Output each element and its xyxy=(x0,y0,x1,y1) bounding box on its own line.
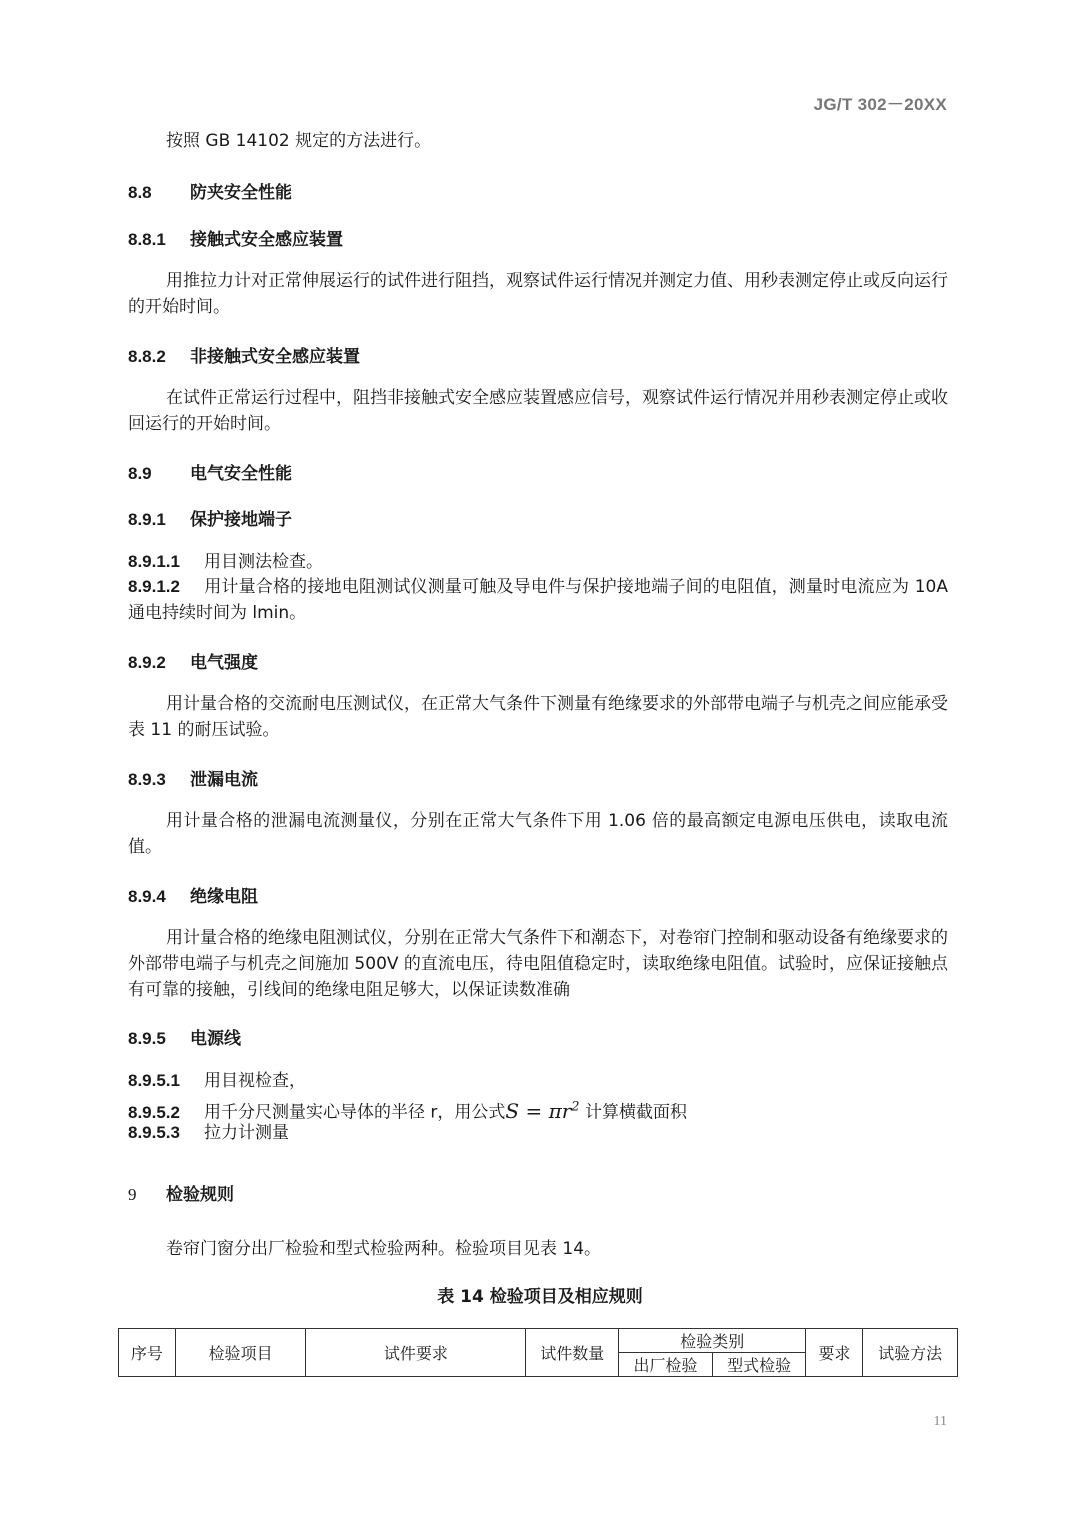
col-requirement: 要求 xyxy=(806,1329,863,1377)
clause-text: 用目视检查， xyxy=(204,1071,306,1091)
inspection-rules-table: 序号 检验项目 试件要求 试件数量 检验类别 要求 试验方法 出厂检验 型式检验 xyxy=(118,1328,958,1377)
paragraph-8-8-2: 在试件正常运行过程中，阻挡非接触式安全感应装置感应信号，观察试件运行情况并用秒表… xyxy=(128,385,948,437)
col-method: 试验方法 xyxy=(863,1329,958,1377)
heading-number: 9 xyxy=(128,1185,166,1205)
col-sample-qty: 试件数量 xyxy=(526,1329,619,1377)
clause-8-9-5-1: 8.9.5.1用目视检查， xyxy=(128,1068,306,1094)
col-type: 型式检验 xyxy=(712,1353,806,1377)
formula-body: S = πr xyxy=(505,1099,571,1123)
heading-8-8-2: 8.8.2非接触式安全感应装置 xyxy=(128,342,360,367)
heading-9: 9检验规则 xyxy=(128,1180,234,1205)
col-seq: 序号 xyxy=(119,1329,176,1377)
heading-number: 8.8 xyxy=(128,183,190,203)
heading-8-8: 8.8防夹安全性能 xyxy=(128,178,292,203)
clause-8-9-1-2: 8.9.1.2用计量合格的接地电阻测试仪测量可触及导电件与保护接地端子间的电阻值… xyxy=(128,574,948,626)
heading-title: 电源线 xyxy=(190,1029,241,1049)
formula-exponent: 2 xyxy=(571,1099,579,1114)
heading-8-8-1: 8.8.1接触式安全感应装置 xyxy=(128,225,343,250)
paragraph-8-9-2: 用计量合格的交流耐电压测试仪，在正常大气条件下测量有绝缘要求的外部带电端子与机壳… xyxy=(128,691,948,743)
clause-8-9-5-3: 8.9.5.3拉力计测量 xyxy=(128,1120,289,1146)
heading-title: 保护接地端子 xyxy=(190,510,292,530)
clause-text: 用计量合格的接地电阻测试仪测量可触及导电件与保护接地端子间的电阻值，测量时电流应… xyxy=(128,577,948,623)
col-item: 检验项目 xyxy=(175,1329,306,1377)
paragraph-9: 卷帘门窗分出厂检验和型式检验两种。检验项目见表 14。 xyxy=(166,1236,946,1262)
paragraph-8-9-3: 用计量合格的泄漏电流测量仪，分别在正常大气条件下用 1.06 倍的最高额定电源电… xyxy=(128,808,948,860)
heading-title: 电气安全性能 xyxy=(190,464,292,484)
clause-number: 8.9.5.1 xyxy=(128,1068,204,1094)
heading-number: 8.9.1 xyxy=(128,510,190,530)
heading-8-9-2: 8.9.2电气强度 xyxy=(128,648,258,673)
heading-title: 非接触式安全感应装置 xyxy=(190,347,360,367)
heading-number: 8.9 xyxy=(128,464,190,484)
table-header-row: 序号 检验项目 试件要求 试件数量 检验类别 要求 试验方法 xyxy=(119,1329,958,1353)
heading-number: 8.8.1 xyxy=(128,230,190,250)
clause-8-9-1-1: 8.9.1.1用目测法检查。 xyxy=(128,549,323,575)
col-category: 检验类别 xyxy=(619,1329,806,1353)
heading-title: 防夹安全性能 xyxy=(190,183,292,203)
col-factory: 出厂检验 xyxy=(619,1353,713,1377)
clause-text: 用目测法检查。 xyxy=(204,552,323,572)
heading-title: 绝缘电阻 xyxy=(190,887,258,907)
heading-number: 8.9.5 xyxy=(128,1029,190,1049)
clause-number: 8.9.1.1 xyxy=(128,549,204,575)
area-formula: S = πr2 xyxy=(505,1099,579,1123)
col-sample-req: 试件要求 xyxy=(306,1329,526,1377)
heading-title: 电气强度 xyxy=(190,653,258,673)
clause-number: 8.9.1.2 xyxy=(128,574,204,600)
heading-8-9-4: 8.9.4绝缘电阻 xyxy=(128,882,258,907)
heading-number: 8.9.4 xyxy=(128,887,190,907)
heading-8-9-5: 8.9.5电源线 xyxy=(128,1024,241,1049)
heading-number: 8.9.2 xyxy=(128,653,190,673)
clause-number: 8.9.5.3 xyxy=(128,1120,204,1146)
heading-8-9-1: 8.9.1保护接地端子 xyxy=(128,505,292,530)
intro-line: 按照 GB 14102 规定的方法进行。 xyxy=(166,128,946,154)
heading-8-9: 8.9电气安全性能 xyxy=(128,459,292,484)
heading-8-9-3: 8.9.3泄漏电流 xyxy=(128,765,258,790)
heading-title: 接触式安全感应装置 xyxy=(190,230,343,250)
paragraph-8-9-4: 用计量合格的绝缘电阻测试仪，分别在正常大气条件下和潮态下，对卷帘门控制和驱动设备… xyxy=(128,925,948,1003)
page-number: 11 xyxy=(934,1414,947,1430)
heading-number: 8.9.3 xyxy=(128,770,190,790)
heading-title: 泄漏电流 xyxy=(190,770,258,790)
paragraph-8-8-1: 用推拉力计对正常伸展运行的试件进行阻挡，观察试件运行情况并测定力值、用秒表测定停… xyxy=(128,268,948,320)
heading-title: 检验规则 xyxy=(166,1185,234,1205)
standard-code: JG/T 302－20XX xyxy=(814,90,947,115)
heading-number: 8.8.2 xyxy=(128,347,190,367)
table-title: 表 14 检验项目及相应规则 xyxy=(0,1282,1080,1307)
clause-text-after: 计算横截面积 xyxy=(580,1103,687,1123)
clause-text: 拉力计测量 xyxy=(204,1123,289,1143)
